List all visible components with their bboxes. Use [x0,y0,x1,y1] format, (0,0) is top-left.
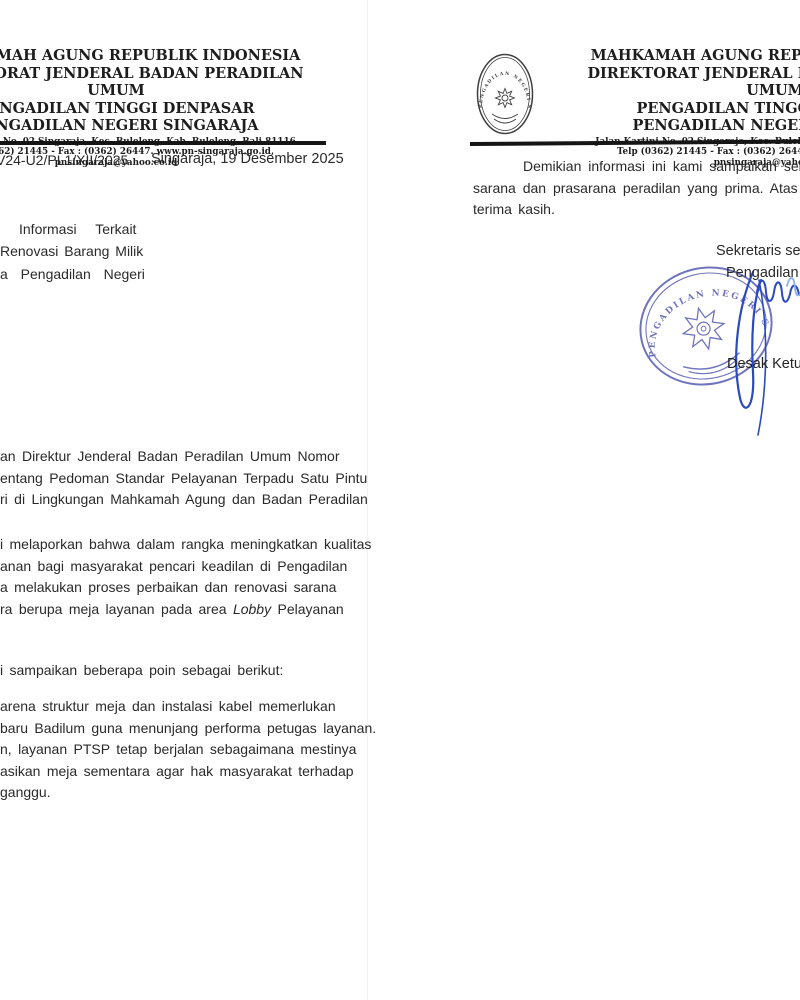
body-paragraph-3: arena struktur meja dan instalasi kabel … [0,696,376,804]
body-text-line: entang Pedoman Standar Pelayanan Terpadu… [0,468,368,490]
body-text-line: baru Badilum guna menunjang performa pet… [0,718,376,740]
body-text-line: sarana dan prasarana peradilan yang prim… [473,178,800,200]
body-text-line: ganggu. [0,782,376,804]
letter-place-date: Singaraja, 19 Desember 2025 [151,151,344,167]
letterhead-org-line: PENGADILAN NEGERI SINGARAJA [0,117,326,135]
subject-line: Informasi Terkait [19,221,136,237]
body-paragraph-2: i melaporkan bahwa dalam rangka meningka… [0,534,371,620]
subject-line: a Pengadilan Negeri [0,266,145,282]
letterhead-org-line: DIREKTORAT JENDERAL BADAN PERADILAN UMUM [0,65,326,100]
body-text-line: an Direktur Jenderal Badan Peradilan Umu… [0,446,368,468]
subject-line: Renovasi Barang Milik [0,243,143,259]
signatory-office-line: Pengadilan N [726,265,800,281]
closing-paragraph: Demikian informasi ini kami sampaikan se… [473,156,800,221]
letterhead-org-line: DIREKTORAT JENDERAL BADAN PERADILAN UMUM [565,65,800,100]
scanned-letter-view: { "letterhead": { "line1": "MAHKAMAH AGU… [0,0,800,1000]
letterhead-org-line: MAHKAMAH AGUNG REPUBLIK INDONESIA [565,47,800,65]
letterhead-left: MAHKAMAH AGUNG REPUBLIK INDONESIA DIREKT… [0,47,326,168]
signatory-name: Desak Ketut [727,356,800,372]
body-text-line: Demikian informasi ini kami sampaikan se… [473,156,800,178]
body-text-line: arena struktur meja dan instalasi kabel … [0,696,376,718]
letterhead-org-line: PENGADILAN TINGGI DENPASAR [0,100,326,118]
body-text-line: i melaporkan bahwa dalam rangka meningka… [0,534,371,556]
body-text-line: ra berupa meja layanan pada area Lobby P… [0,599,371,621]
list-intro-line: i sampaikan beberapa poin sebagai beriku… [0,660,283,682]
body-text-line: n, layanan PTSP tetap berjalan sebagaima… [0,739,376,761]
letterhead-org-line: PENGADILAN NEGERI SINGARAJA [565,117,800,135]
body-paragraph-1: an Direktur Jenderal Badan Peradilan Umu… [0,446,368,511]
body-text-line: ri di Lingkungan Mahkamah Agung dan Bada… [0,489,368,511]
letterhead-org-line: MAHKAMAH AGUNG REPUBLIK INDONESIA [0,47,326,65]
signatory-title-line: Sekretaris se [716,243,800,259]
letter-ref-number: V24-U2/PL1/XII/2025 [0,152,128,168]
body-text-line: a melakukan proses perbaikan dan renovas… [0,577,371,599]
letterhead-org-line: PENGADILAN TINGGI DENPASAR [565,100,800,118]
letterhead-right: MAHKAMAH AGUNG REPUBLIK INDONESIA DIREKT… [565,47,800,168]
body-text-line: terima kasih. [473,199,800,221]
body-text-line: asikan meja sementara agar hak masyaraka… [0,761,376,783]
court-seal-logo: PENGADILAN NEGERI SINGARAJA [475,52,535,136]
body-text-line: anan bagi masyarakat pencari keadilan di… [0,556,371,578]
letterhead-rule [0,141,326,145]
